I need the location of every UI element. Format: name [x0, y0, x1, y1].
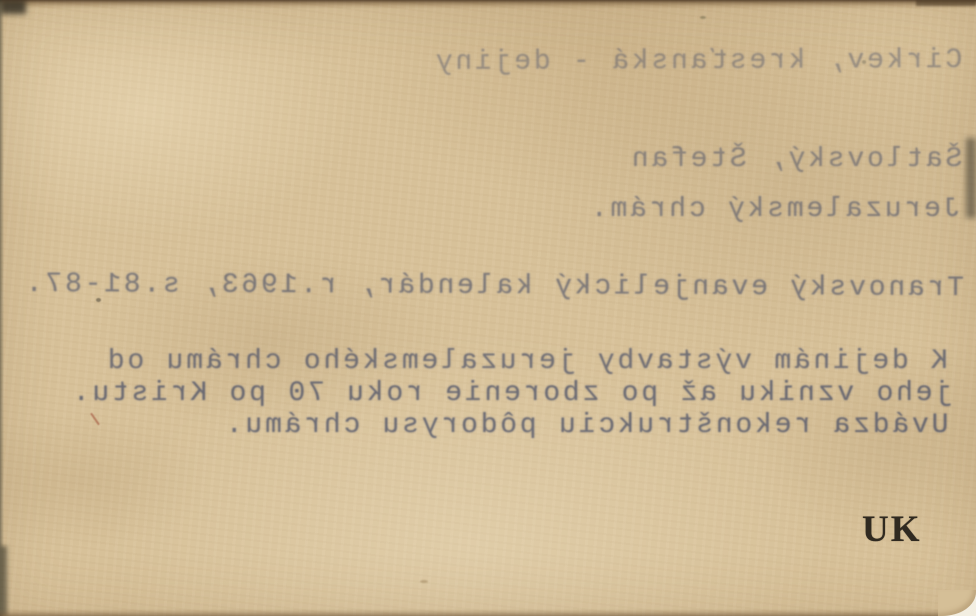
scan-edge-right-smudge	[966, 138, 976, 218]
scan-corner-top-left	[0, 0, 26, 14]
annotation-line-3: Uvádza rekonštrukciu pôdorysu chrámu.	[223, 410, 948, 441]
source-line: Tranovský evanjelický kalendár, r.1963, …	[23, 269, 964, 304]
paper-fibre	[90, 413, 100, 426]
library-stamp-uk: UK	[862, 508, 922, 551]
scan-edge-left-bottom	[0, 546, 7, 616]
annotation-line-1: K dejinám výstavby jeruzalemského chrámu…	[105, 346, 948, 377]
author-line: Šatlovský, Štefan	[629, 144, 962, 175]
scan-edge-left	[0, 0, 4, 616]
scan-edge-top-right	[916, 0, 976, 6]
scan-corner-bottom-right-background	[938, 590, 976, 616]
paper-speck	[700, 16, 706, 19]
title-line: Jeruzalemský chrám.	[588, 194, 960, 225]
subject-heading-line: Cirkev, kresťanská - dejiny	[433, 45, 962, 78]
paper-speck	[420, 580, 428, 583]
scan-edge-top	[0, 0, 976, 9]
annotation-line-2: jeho vzniku až po zborenie roku 70 po Kr…	[70, 378, 952, 409]
scan-edge-bottom	[0, 609, 976, 616]
card-rounded-corner	[938, 590, 976, 616]
catalog-card: Cirkev, kresťanská - dejiny Šatlovský, Š…	[0, 0, 976, 616]
